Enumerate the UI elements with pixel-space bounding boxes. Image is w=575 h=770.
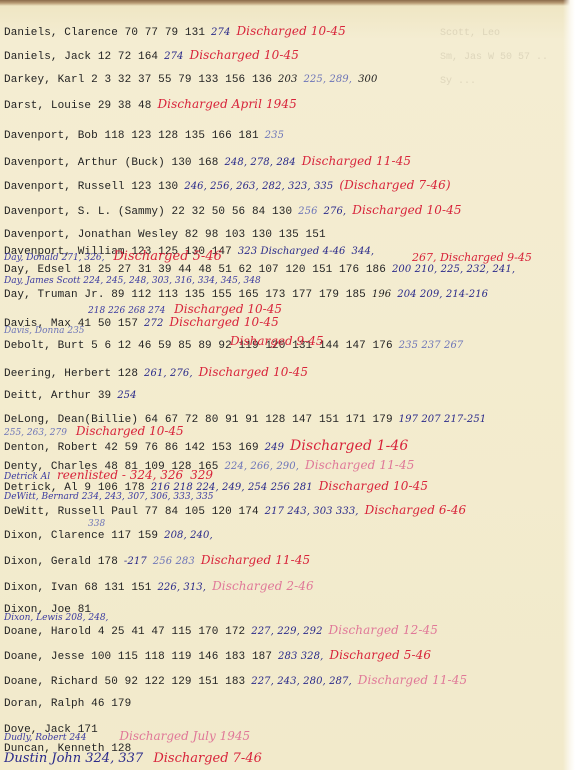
handwritten-annotation: 249 (265, 442, 284, 453)
handwritten-annotation: Discharged 11-45 (201, 553, 310, 567)
typed-text: Doane, Jesse 100 115 118 119 146 183 187 (4, 651, 272, 663)
handwritten-annotation: 227, 243, 280, 287, (251, 676, 352, 687)
note-discharge: Discharged July 1945 (119, 729, 250, 743)
note-text: DeWitt, Bernard 234, 243, 307, 306, 333,… (4, 492, 213, 502)
typed-text: Doane, Harold 4 25 41 47 115 170 172 (4, 626, 245, 638)
handwritten-annotation: Discharged 10-45 (236, 24, 345, 38)
note-text: 255, 263, 279 (4, 428, 67, 438)
note-discharge: Discharged 7-46 (153, 751, 262, 766)
handwritten-annotation: 200 210, 225, 232, 241, (392, 264, 515, 275)
handwritten-annotation: Discharged 5-46 (329, 648, 431, 662)
handwritten-annotation: 323 Discharged 4-46 (238, 246, 346, 257)
handwritten-annotation: 276, (324, 206, 347, 217)
handwritten-annotation: 208, 240, (164, 530, 213, 541)
roster-entry: Dixon, Gerald 178-217256 283Discharged 1… (4, 554, 310, 568)
typed-text: Dixon, Ivan 68 131 151 (4, 582, 151, 594)
typed-text: Daniels, Clarence 70 77 79 131 (4, 27, 205, 39)
ghost-line: Sm, Jas W 50 57 .. (440, 46, 550, 70)
note-text: 218 226 268 274 (88, 306, 165, 316)
roster-entry: Deitt, Arthur 39254 (4, 390, 137, 402)
handwritten-annotation: Discharged 1-46 (290, 438, 408, 454)
handwritten-annotation: 225, 289, (303, 74, 352, 85)
note-text: Day, James Scott 224, 245, 248, 303, 316… (4, 276, 261, 286)
handwritten-annotation: 344, (352, 246, 375, 257)
handwritten-annotation: Discharged 11-45 (358, 673, 467, 687)
note-discharge: 267, Discharged 9-45 (412, 251, 532, 264)
handwritten-annotation: 300 (358, 74, 377, 85)
roster-entry: Doran, Ralph 46 179 (4, 698, 131, 710)
note-discharge: Discharged 10-45 (174, 302, 282, 316)
bleed-through-text: Scott, Leo Sm, Jas W 50 57 .. Sy ... (440, 22, 550, 94)
typed-text: Day, Edsel 18 25 27 31 39 44 48 51 62 10… (4, 264, 386, 276)
roster-entry: Deering, Herbert 128261, 276,Discharged … (4, 366, 308, 380)
typed-text: Darst, Louise 29 38 48 (4, 100, 151, 112)
note-text: 338 (88, 519, 105, 529)
typed-text: Davenport, Bob 118 123 128 135 166 181 (4, 130, 259, 142)
note-text: Dustin John 324, 337 (4, 751, 143, 766)
handwritten-annotation: 272 (144, 318, 163, 329)
roster-entry: Darst, Louise 29 38 48Discharged April 1… (4, 98, 297, 112)
handwritten-annotation: 254 (117, 390, 136, 401)
handwritten-annotation: Discharged 2-46 (212, 579, 314, 593)
handwritten-annotation: 224, 266, 290, (224, 461, 299, 472)
roster-entry: Day, Truman Jr. 89 112 113 135 155 165 1… (4, 289, 488, 301)
handwritten-annotation: Discharged April 1945 (157, 97, 296, 111)
typed-text: Davenport, S. L. (Sammy) 22 32 50 56 84 … (4, 206, 292, 218)
handwritten-note: Disharged 9-45 (230, 334, 323, 348)
handwritten-annotation: 261, 276, (144, 368, 193, 379)
handwritten-annotation: Discharged 10-45 (190, 48, 299, 62)
handwritten-annotation: 256 (298, 206, 317, 217)
handwritten-annotation: 196 (372, 289, 391, 300)
roster-entry: Davenport, Jonathan Wesley 82 98 103 130… (4, 229, 326, 241)
typed-text: Davenport, Russell 123 130 (4, 181, 178, 193)
roster-entry: Davenport, Russell 123 130246, 256, 263,… (4, 179, 451, 193)
page-edge (563, 0, 575, 770)
roster-entry: Davenport, S. L. (Sammy) 22 32 50 56 84 … (4, 204, 462, 218)
handwritten-note: Day, Donald 271, 326, Discharged 5-46 (4, 249, 222, 264)
roster-entry: Denton, Robert 42 59 76 86 142 153 16924… (4, 440, 408, 454)
handwritten-annotation: 204 209, 214-216 (397, 289, 488, 300)
note-text: Detrick Al (4, 472, 50, 482)
handwritten-annotation: 246, 256, 263, 282, 323, 335 (184, 181, 333, 192)
handwritten-annotation: Discharged 12-45 (329, 623, 438, 637)
handwritten-note: Davis, Donna 235 (4, 326, 85, 336)
note-text: Dudly, Robert 244 (4, 733, 87, 743)
roster-entry: Doane, Richard 50 92 122 129 151 183227,… (4, 674, 467, 688)
handwritten-note: Dudly, Robert 244 Discharged July 1945 (4, 729, 250, 743)
handwritten-annotation: -217 (124, 556, 147, 567)
note-discharge: Disharged 9-45 (230, 334, 323, 348)
handwritten-annotation: Discharged 6-46 (365, 503, 467, 517)
typed-text: Daniels, Jack 12 72 164 (4, 51, 158, 63)
typed-text: Deering, Herbert 128 (4, 368, 138, 380)
handwritten-annotation: 197 207 217-251 (399, 414, 487, 425)
handwritten-annotation: Discharged 10-45 (169, 315, 278, 329)
ghost-line: Sy ... (440, 70, 550, 94)
handwritten-note: 218 226 268 274 Discharged 10-45 (88, 302, 282, 316)
roster-entry: Darkey, Karl 2 3 32 37 55 79 133 156 136… (4, 74, 377, 86)
handwritten-note: Dixon, Lewis 208, 248, (4, 613, 108, 623)
handwritten-note: Day, James Scott 224, 245, 248, 303, 316… (4, 276, 261, 286)
note-discharge: Discharged 5-46 (113, 249, 222, 264)
handwritten-annotation: 235 237 267 (399, 340, 464, 351)
typed-text: Denton, Robert 42 59 76 86 142 153 169 (4, 442, 259, 454)
typed-text: Dixon, Gerald 178 (4, 556, 118, 568)
note-text: Dixon, Lewis 208, 248, (4, 613, 108, 623)
typed-text: Dixon, Clarence 117 159 (4, 530, 158, 542)
handwritten-annotation: (Discharged 7-46) (339, 178, 450, 192)
typed-text: Davenport, Jonathan Wesley 82 98 103 130… (4, 229, 326, 241)
handwritten-note: 267, Discharged 9-45 (412, 251, 532, 264)
handwritten-annotation: Discharged 10-45 (199, 365, 308, 379)
typed-text: Day, Truman Jr. 89 112 113 135 155 165 1… (4, 289, 366, 301)
roster-entry: Dixon, Clarence 117 159208, 240, (4, 530, 213, 542)
note-text: Davis, Donna 235 (4, 326, 85, 336)
handwritten-annotation: 274 (211, 27, 230, 38)
roster-entry: Doane, Jesse 100 115 118 119 146 183 187… (4, 649, 431, 663)
typed-text: Doane, Richard 50 92 122 129 151 183 (4, 676, 245, 688)
note-discharge: Discharged 10-45 (76, 424, 184, 438)
handwritten-note: 338 (88, 519, 105, 529)
handwritten-note: Dustin John 324, 337 Discharged 7-46 (4, 751, 262, 766)
roster-entry: Dixon, Ivan 68 131 151226, 313,Discharge… (4, 580, 314, 594)
handwritten-annotation: 226, 313, (157, 582, 206, 593)
handwritten-annotation: 203 (278, 74, 297, 85)
typed-text: Deitt, Arthur 39 (4, 390, 111, 402)
typed-text: DeWitt, Russell Paul 77 84 105 120 174 (4, 506, 259, 518)
note-number: 329 (190, 468, 213, 482)
handwritten-annotation: 217 243, 303 333, (265, 506, 359, 517)
handwritten-note: DeWitt, Bernard 234, 243, 307, 306, 333,… (4, 492, 213, 502)
handwritten-annotation: Discharged 11-45 (305, 458, 414, 472)
roster-entry: Doane, Harold 4 25 41 47 115 170 172227,… (4, 624, 438, 638)
roster-entry: Daniels, Jack 12 72 164274Discharged 10-… (4, 49, 299, 63)
typed-text: Darkey, Karl 2 3 32 37 55 79 133 156 136 (4, 74, 272, 86)
handwritten-note: Detrick Al reenlisted - 324, 326 329 (4, 468, 213, 482)
note-text: Day, Donald 271, 326, (4, 253, 104, 263)
ghost-line: Scott, Leo (440, 22, 550, 46)
handwritten-annotation: Discharged 10-45 (352, 203, 461, 217)
handwritten-annotation: Discharged 10-45 (319, 479, 428, 493)
handwritten-annotation: 248, 278, 284 (224, 157, 295, 168)
handwritten-annotation: Discharged 11-45 (302, 154, 411, 168)
roster-entry: DeWitt, Russell Paul 77 84 105 120 17421… (4, 504, 466, 518)
roster-entry: Day, Edsel 18 25 27 31 39 44 48 51 62 10… (4, 264, 515, 276)
typed-text: Doran, Ralph 46 179 (4, 698, 131, 710)
handwritten-annotation: 235 (265, 130, 284, 141)
typed-text: Debolt, Burt 5 6 12 46 59 85 89 92 119 1… (4, 340, 393, 352)
roster-entry: Davenport, Arthur (Buck) 130 168248, 278… (4, 155, 411, 169)
handwritten-note: 255, 263, 279 Discharged 10-45 (4, 424, 184, 438)
note-reenlisted: reenlisted - 324, 326 (57, 468, 183, 482)
handwritten-annotation: 256 283 (153, 556, 195, 567)
handwritten-annotation: 283 328, (278, 651, 323, 662)
typed-text: Davenport, Arthur (Buck) 130 168 (4, 157, 218, 169)
handwritten-annotation: 227, 229, 292 (251, 626, 322, 637)
roster-entry: Daniels, Clarence 70 77 79 131274Dischar… (4, 25, 346, 39)
handwritten-annotation: 274 (164, 51, 183, 62)
roster-entry: Davenport, Bob 118 123 128 135 166 18123… (4, 130, 284, 142)
